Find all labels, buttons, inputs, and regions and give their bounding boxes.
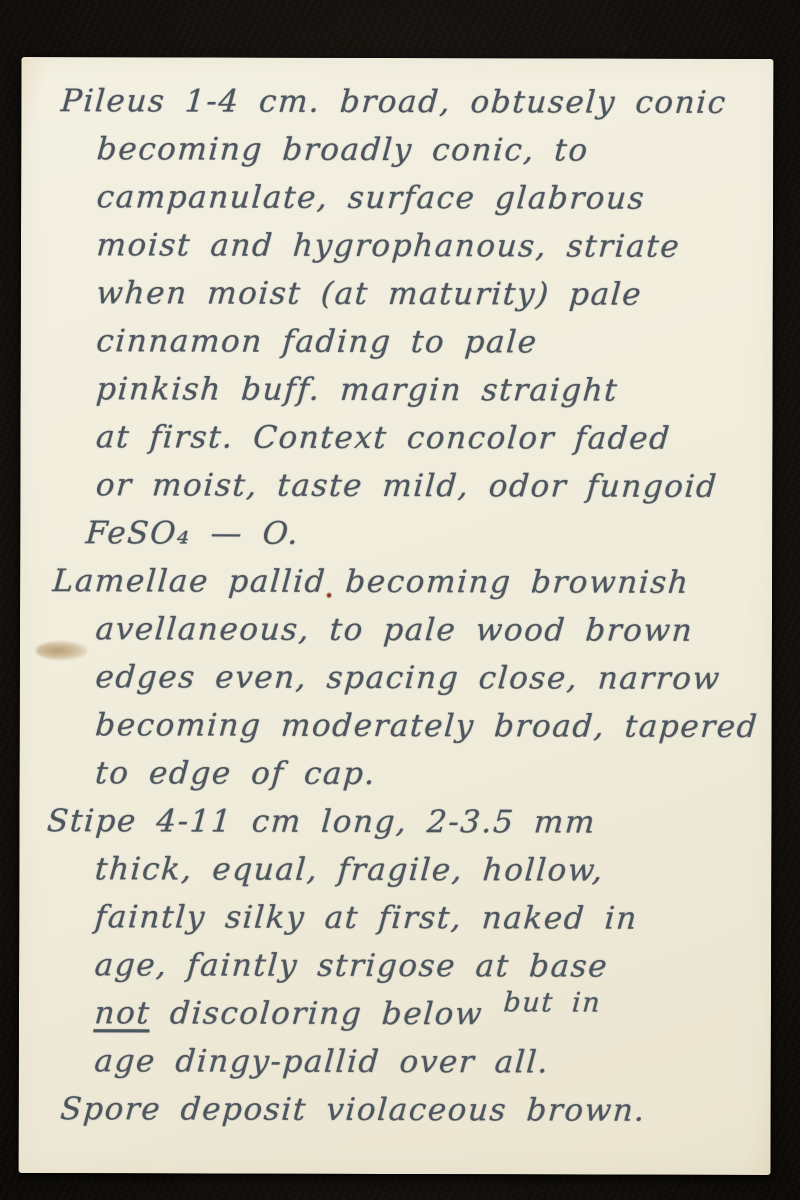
note-line: faintly silky at first, naked in <box>93 893 756 943</box>
underlined-word-not: not <box>93 995 152 1031</box>
inserted-words-but-in: but in <box>502 987 602 1018</box>
note-line: when moist (at maturity) pale <box>95 269 758 319</box>
note-line-feso4: FeSO₄ — O. <box>84 509 757 559</box>
note-line: age, faintly strigose at base <box>93 941 756 991</box>
note-line: becoming broadly conic, to <box>95 125 758 175</box>
note-line: or moist, taste mild, odor fungoid <box>94 461 757 511</box>
note-line: cinnamon fading to pale <box>95 317 758 367</box>
note-line-spore-deposit: Spore deposit violaceous brown. <box>59 1085 756 1135</box>
note-line: moist and hygrophanous, striate <box>95 221 758 271</box>
note-line: to edge of cap. <box>94 749 757 799</box>
note-line: thick, equal, fragile, hollow, <box>93 845 756 895</box>
note-line: edges even, spacing close, narrow <box>94 653 757 703</box>
index-card: Pileus 1-4 cm. broad, obtusely conic bec… <box>19 57 774 1175</box>
note-line: at first. Context concolor faded <box>94 413 757 463</box>
handwritten-note: Pileus 1-4 cm. broad, obtusely conic bec… <box>37 77 756 1135</box>
note-line-not-discoloring: not discoloring below but in <box>93 989 756 1039</box>
note-line-stipe-start: Stipe 4-11 cm long, 2-3.5 mm <box>45 797 756 847</box>
note-line: pinkish buff. margin straight <box>95 365 758 415</box>
note-line-lamellae-start: Lamellae pallid becoming brownish <box>51 557 757 607</box>
note-line: age dingy-pallid over all. <box>93 1037 756 1087</box>
note-line-segment: discoloring below <box>149 995 504 1032</box>
note-line-pileus-start: Pileus 1-4 cm. broad, obtusely conic <box>59 77 758 127</box>
note-line: avellaneous, to pale wood brown <box>94 605 757 655</box>
note-line: campanulate, surface glabrous <box>95 173 758 223</box>
note-line: becoming moderately broad, tapered <box>94 701 757 751</box>
